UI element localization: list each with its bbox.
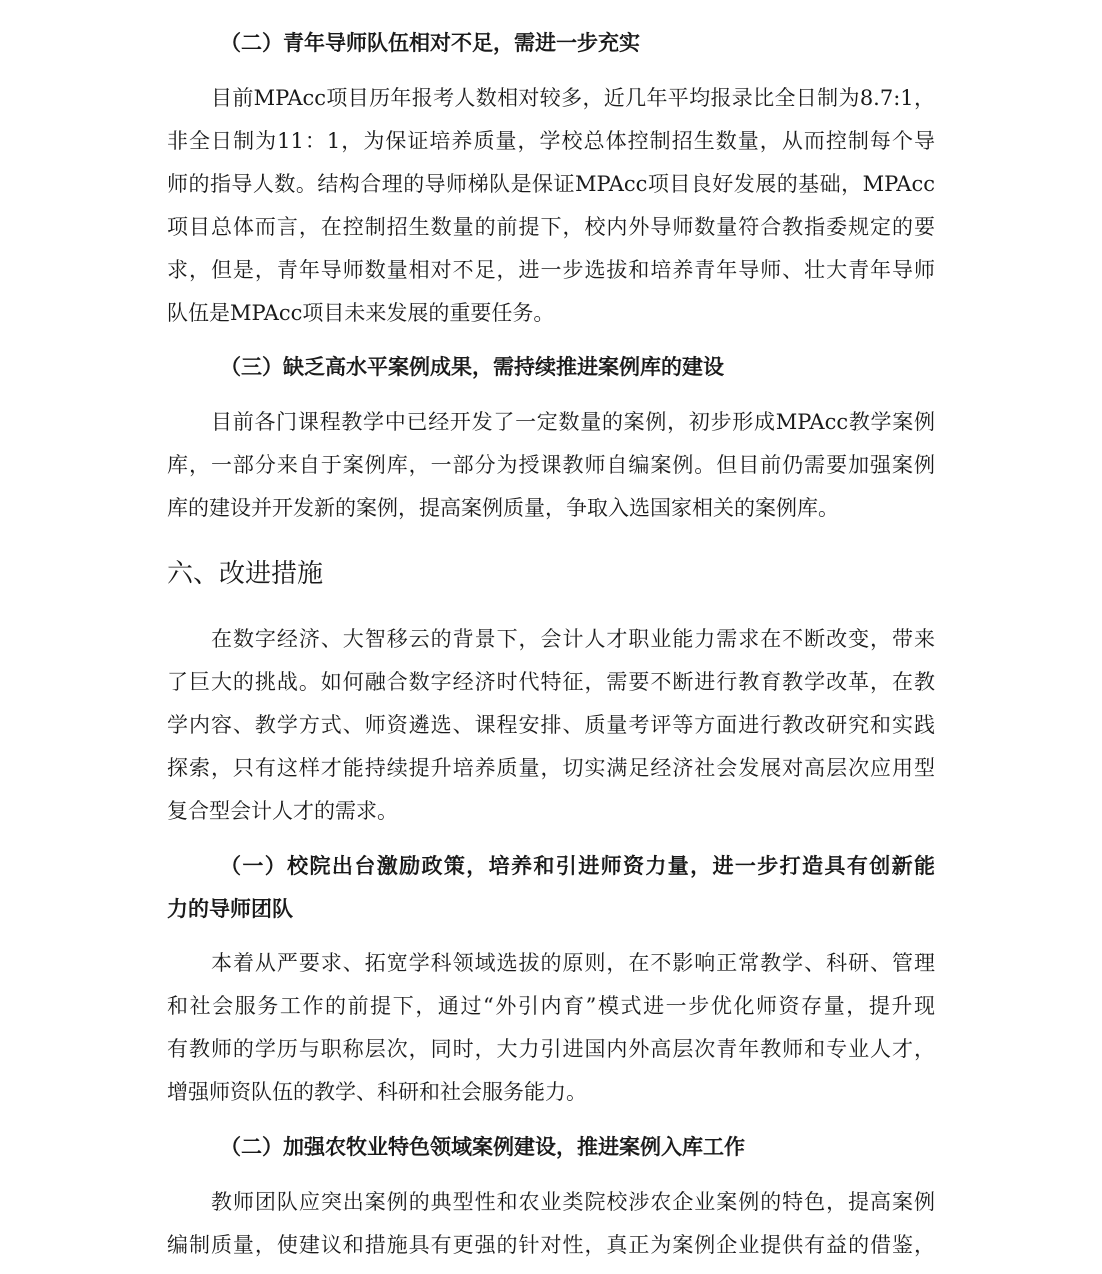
paragraph-line: 在数字经济、大智移云的背景下，会计人才职业能力需求在不断改变，带来 — [211, 624, 935, 654]
paragraph-line: 非全日制为11：1，为保证培养质量，学校总体控制招生数量，从而控制每个导 — [167, 126, 935, 156]
chapter-heading-improvement-measures: 六、改进措施 — [167, 557, 323, 591]
paragraph-line: 本着从严要求、拓宽学科领域选拔的原则，在不影响正常教学、科研、管理 — [211, 948, 935, 978]
paragraph-line: 求，但是，青年导师数量相对不足，进一步选拔和培养青年导师、壮大青年导师 — [167, 255, 935, 285]
subheading-agriculture-cases: （二）加强农牧业特色领域案例建设，推进案例入库工作 — [220, 1132, 745, 1162]
paragraph-line: 学内容、教学方式、师资遴选、课程安排、质量考评等方面进行教改研究和实践 — [167, 710, 935, 740]
document-page: （二）青年导师队伍相对不足，需进一步充实 目前MPAcc项目历年报考人数相对较多… — [0, 0, 1102, 1274]
subheading-faculty-incentives-cont: 力的导师团队 — [167, 894, 293, 924]
paragraph-line: 库，一部分来自于案例库，一部分为授课教师自编案例。但目前仍需要加强案例 — [167, 450, 935, 480]
paragraph-line: 教师团队应突出案例的典型性和农业类院校涉农企业案例的特色，提高案例 — [211, 1187, 935, 1217]
paragraph-line: 复合型会计人才的需求。 — [167, 796, 935, 826]
paragraph-line: 库的建设并开发新的案例，提高案例质量，争取入选国家相关的案例库。 — [167, 493, 935, 523]
subheading-faculty-incentives: （一）校院出台激励政策，培养和引进师资力量，进一步打造具有创新能 — [220, 851, 935, 881]
paragraph-line: 目前MPAcc项目历年报考人数相对较多，近几年平均报录比全日制为8.7:1， — [211, 83, 935, 113]
paragraph-line: 项目总体而言，在控制招生数量的前提下，校内外导师数量符合教指委规定的要 — [167, 212, 935, 242]
paragraph-line: 目前各门课程教学中已经开发了一定数量的案例，初步形成MPAcc教学案例 — [211, 407, 935, 437]
paragraph-line: 编制质量，使建议和措施具有更强的针对性，真正为案例企业提供有益的借鉴， — [167, 1230, 935, 1260]
paragraph-line: 探索，只有这样才能持续提升培养质量，切实满足经济社会发展对高层次应用型 — [167, 753, 935, 783]
paragraph-line: 增强师资队伍的教学、科研和社会服务能力。 — [167, 1077, 935, 1107]
subheading-youth-mentors: （二）青年导师队伍相对不足，需进一步充实 — [220, 28, 640, 58]
subheading-case-library: （三）缺乏高水平案例成果，需持续推进案例库的建设 — [220, 352, 724, 382]
paragraph-line: 了巨大的挑战。如何融合数字经济时代特征，需要不断进行教育教学改革，在教 — [167, 667, 935, 697]
paragraph-line: 队伍是MPAcc项目未来发展的重要任务。 — [167, 298, 935, 328]
paragraph-line: 和社会服务工作的前提下，通过“外引内育”模式进一步优化师资存量，提升现 — [167, 991, 935, 1021]
paragraph-line: 师的指导人数。结构合理的导师梯队是保证MPAcc项目良好发展的基础，MPAcc — [167, 169, 935, 199]
paragraph-line: 有教师的学历与职称层次，同时，大力引进国内外高层次青年教师和专业人才， — [167, 1034, 935, 1064]
